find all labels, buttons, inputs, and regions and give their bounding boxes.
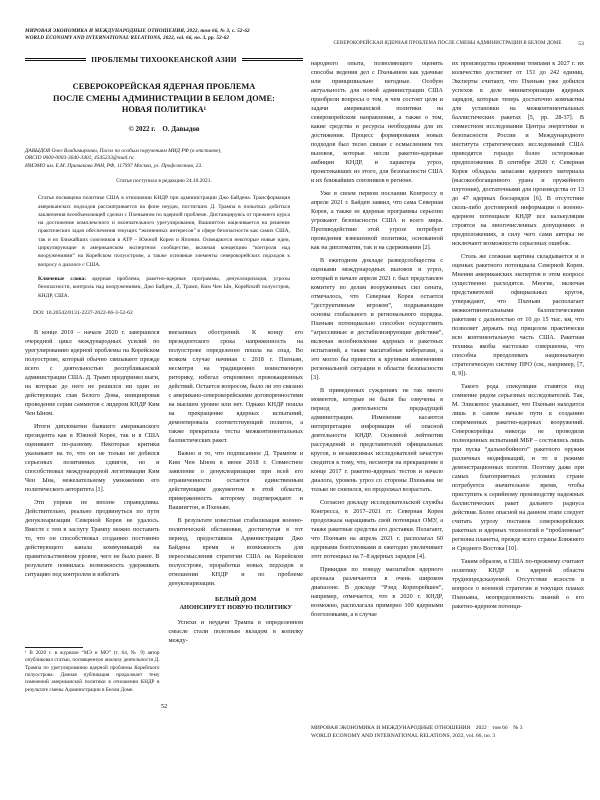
running-head: СЕВЕРОКОРЕЙСКАЯ ЯДЕРНАЯ ПРОБЛЕМА ПОСЛЕ С… xyxy=(311,41,584,48)
article-title-line-2: ПОСЛЕ СМЕНЫ АДМИНИСТРАЦИИ В БЕЛОМ ДОМЕ: xyxy=(25,93,303,105)
page-53-column-2: их производства прежними темпами к 2027 … xyxy=(452,59,584,711)
author-orcid-email-line: ORCID 0000-0003-3640-3402, 4545233@mail.… xyxy=(25,155,303,163)
paragraph: В приведенных суждениях не так много мом… xyxy=(311,386,443,494)
paragraph: их производства прежними темпами к 2027 … xyxy=(452,59,584,248)
paragraph: В конце 2019 – начале 2020 г. завершился… xyxy=(25,328,160,418)
page-52-column-1: В конце 2019 – начале 2020 г. завершился… xyxy=(25,328,160,694)
paragraph: народного опыта, позволяющего оценить сп… xyxy=(311,59,443,185)
journal-header-ru: МИРОВАЯ ЭКОНОМИКА И МЕЖДУНАРОДНЫЕ ОТНОШЕ… xyxy=(25,28,303,35)
paragraph: Прикидки по поводу масштабов ядерного ар… xyxy=(311,565,443,619)
section-heading-line-1: БЕЛЫЙ ДОМ xyxy=(169,596,304,605)
paragraph: Такого рода спекуляции ставятся под сомн… xyxy=(452,382,584,553)
paragraph: Успехи и неудачи Трампа в определенном с… xyxy=(169,618,304,645)
page-number-52: 52 xyxy=(25,703,303,710)
journal-header-en: WORLD ECONOMY AND INTERNATIONAL RELATION… xyxy=(25,35,303,42)
journal-header: МИРОВАЯ ЭКОНОМИКА И МЕЖДУНАРОДНЫЕ ОТНОШЕ… xyxy=(25,28,303,42)
paragraph: Уже в своем первом послании Конгрессу в … xyxy=(311,189,443,252)
article-title-line-3: НОВАЯ ПОЛИТИКА¹ xyxy=(25,104,303,116)
doi-line: DOI: 10.20542/0131-2227-2022-66-3-52-62 xyxy=(25,310,303,316)
paragraph: В результате известная стабилизация воен… xyxy=(169,516,304,588)
paragraph: Таким образом, в США по-прежнему считают… xyxy=(452,557,584,611)
paragraph: Итоги дипломатии бывшего американского п… xyxy=(25,422,160,494)
article-title-line-1: СЕВЕРОКОРЕЙСКАЯ ЯДЕРНАЯ ПРОБЛЕМА xyxy=(25,81,303,93)
journal-footer-ru: МИРОВАЯ ЭКОНОМИКА И МЕЖДУНАРОДНЫЕ ОТНОШЕ… xyxy=(311,724,584,732)
journal-footer: МИРОВАЯ ЭКОНОМИКА И МЕЖДУНАРОДНЫЕ ОТНОШЕ… xyxy=(311,724,584,740)
page-52-body-columns: В конце 2019 – начале 2020 г. завершился… xyxy=(25,328,303,694)
author-affiliation-block: ДАВЫДОВ Олег Владимирович, Посол по особ… xyxy=(25,148,303,171)
footnote-text: ¹ В 2020 г. в журнале “МЭ и МО” (т. 64, … xyxy=(25,650,160,694)
paragraph: внезапных обострений. К концу его презид… xyxy=(169,328,304,445)
page-number-53: 53 xyxy=(578,41,584,48)
page-53-column-1: народного опыта, позволяющего оценить сп… xyxy=(311,59,443,711)
journal-spread: МИРОВАЯ ЭКОНОМИКА И МЕЖДУНАРОДНЫЕ ОТНОШЕ… xyxy=(0,0,600,800)
paragraph: Согласно докладу исследовательской служб… xyxy=(311,498,443,561)
author-info-line: ДАВЫДОВ Олег Владимирович, Посол по особ… xyxy=(25,148,303,156)
received-date-line: Статья поступила в редакцию 24.10.2021. xyxy=(25,178,303,184)
section-heading: БЕЛЫЙ ДОМ АНОНСИРУЕТ НОВУЮ ПОЛИТИКУ xyxy=(169,596,304,613)
page-53-body-columns: народного опыта, позволяющего оценить сп… xyxy=(311,59,584,711)
paragraph: Важно и то, что подписанное Д. Трампом и… xyxy=(169,449,304,512)
author-institution-line: ИМЭМО им. Е.М. Примакова РАН, РФ, 117997… xyxy=(25,163,303,171)
keywords-label: Ключевые слова: xyxy=(38,276,86,282)
section-heading-line-2: АНОНСИРУЕТ НОВУЮ ПОЛИТИКУ xyxy=(169,604,304,613)
abstract-text: Статья посвящена политике США в отношени… xyxy=(25,194,303,269)
banner-rule-left xyxy=(25,58,86,62)
paragraph: В ежегодном докладе разведсообщества с о… xyxy=(311,256,443,382)
section-banner: ПРОБЛЕМЫ ТИХООКЕАНСКОЙ АЗИИ xyxy=(25,55,303,64)
copyright-author-line: © 2022 г. О. Давыдов xyxy=(25,125,303,133)
page-53: СЕВЕРОКОРЕЙСКАЯ ЯДЕРНАЯ ПРОБЛЕМА ПОСЛЕ С… xyxy=(311,41,584,740)
keywords-block: Ключевые слова: ядерная проблема, ракетн… xyxy=(25,275,303,300)
page-52-column-2: внезапных обострений. К концу его презид… xyxy=(169,328,304,694)
paragraph: Эти упреки не вполне справедливы. Действ… xyxy=(25,498,160,579)
running-head-title: СЕВЕРОКОРЕЙСКАЯ ЯДЕРНАЯ ПРОБЛЕМА ПОСЛЕ С… xyxy=(334,41,562,46)
paragraph: Столь же сложная картина складывается и … xyxy=(452,252,584,378)
article-title: СЕВЕРОКОРЕЙСКАЯ ЯДЕРНАЯ ПРОБЛЕМА ПОСЛЕ С… xyxy=(25,81,303,116)
page-52: МИРОВАЯ ЭКОНОМИКА И МЕЖДУНАРОДНЫЕ ОТНОШЕ… xyxy=(25,28,303,710)
footnote-divider xyxy=(25,647,83,648)
journal-footer-en: WORLD ECONOMY AND INTERNATIONAL RELATION… xyxy=(311,732,584,740)
banner-rule-right xyxy=(242,58,303,62)
section-banner-label: ПРОБЛЕМЫ ТИХООКЕАНСКОЙ АЗИИ xyxy=(91,55,237,64)
